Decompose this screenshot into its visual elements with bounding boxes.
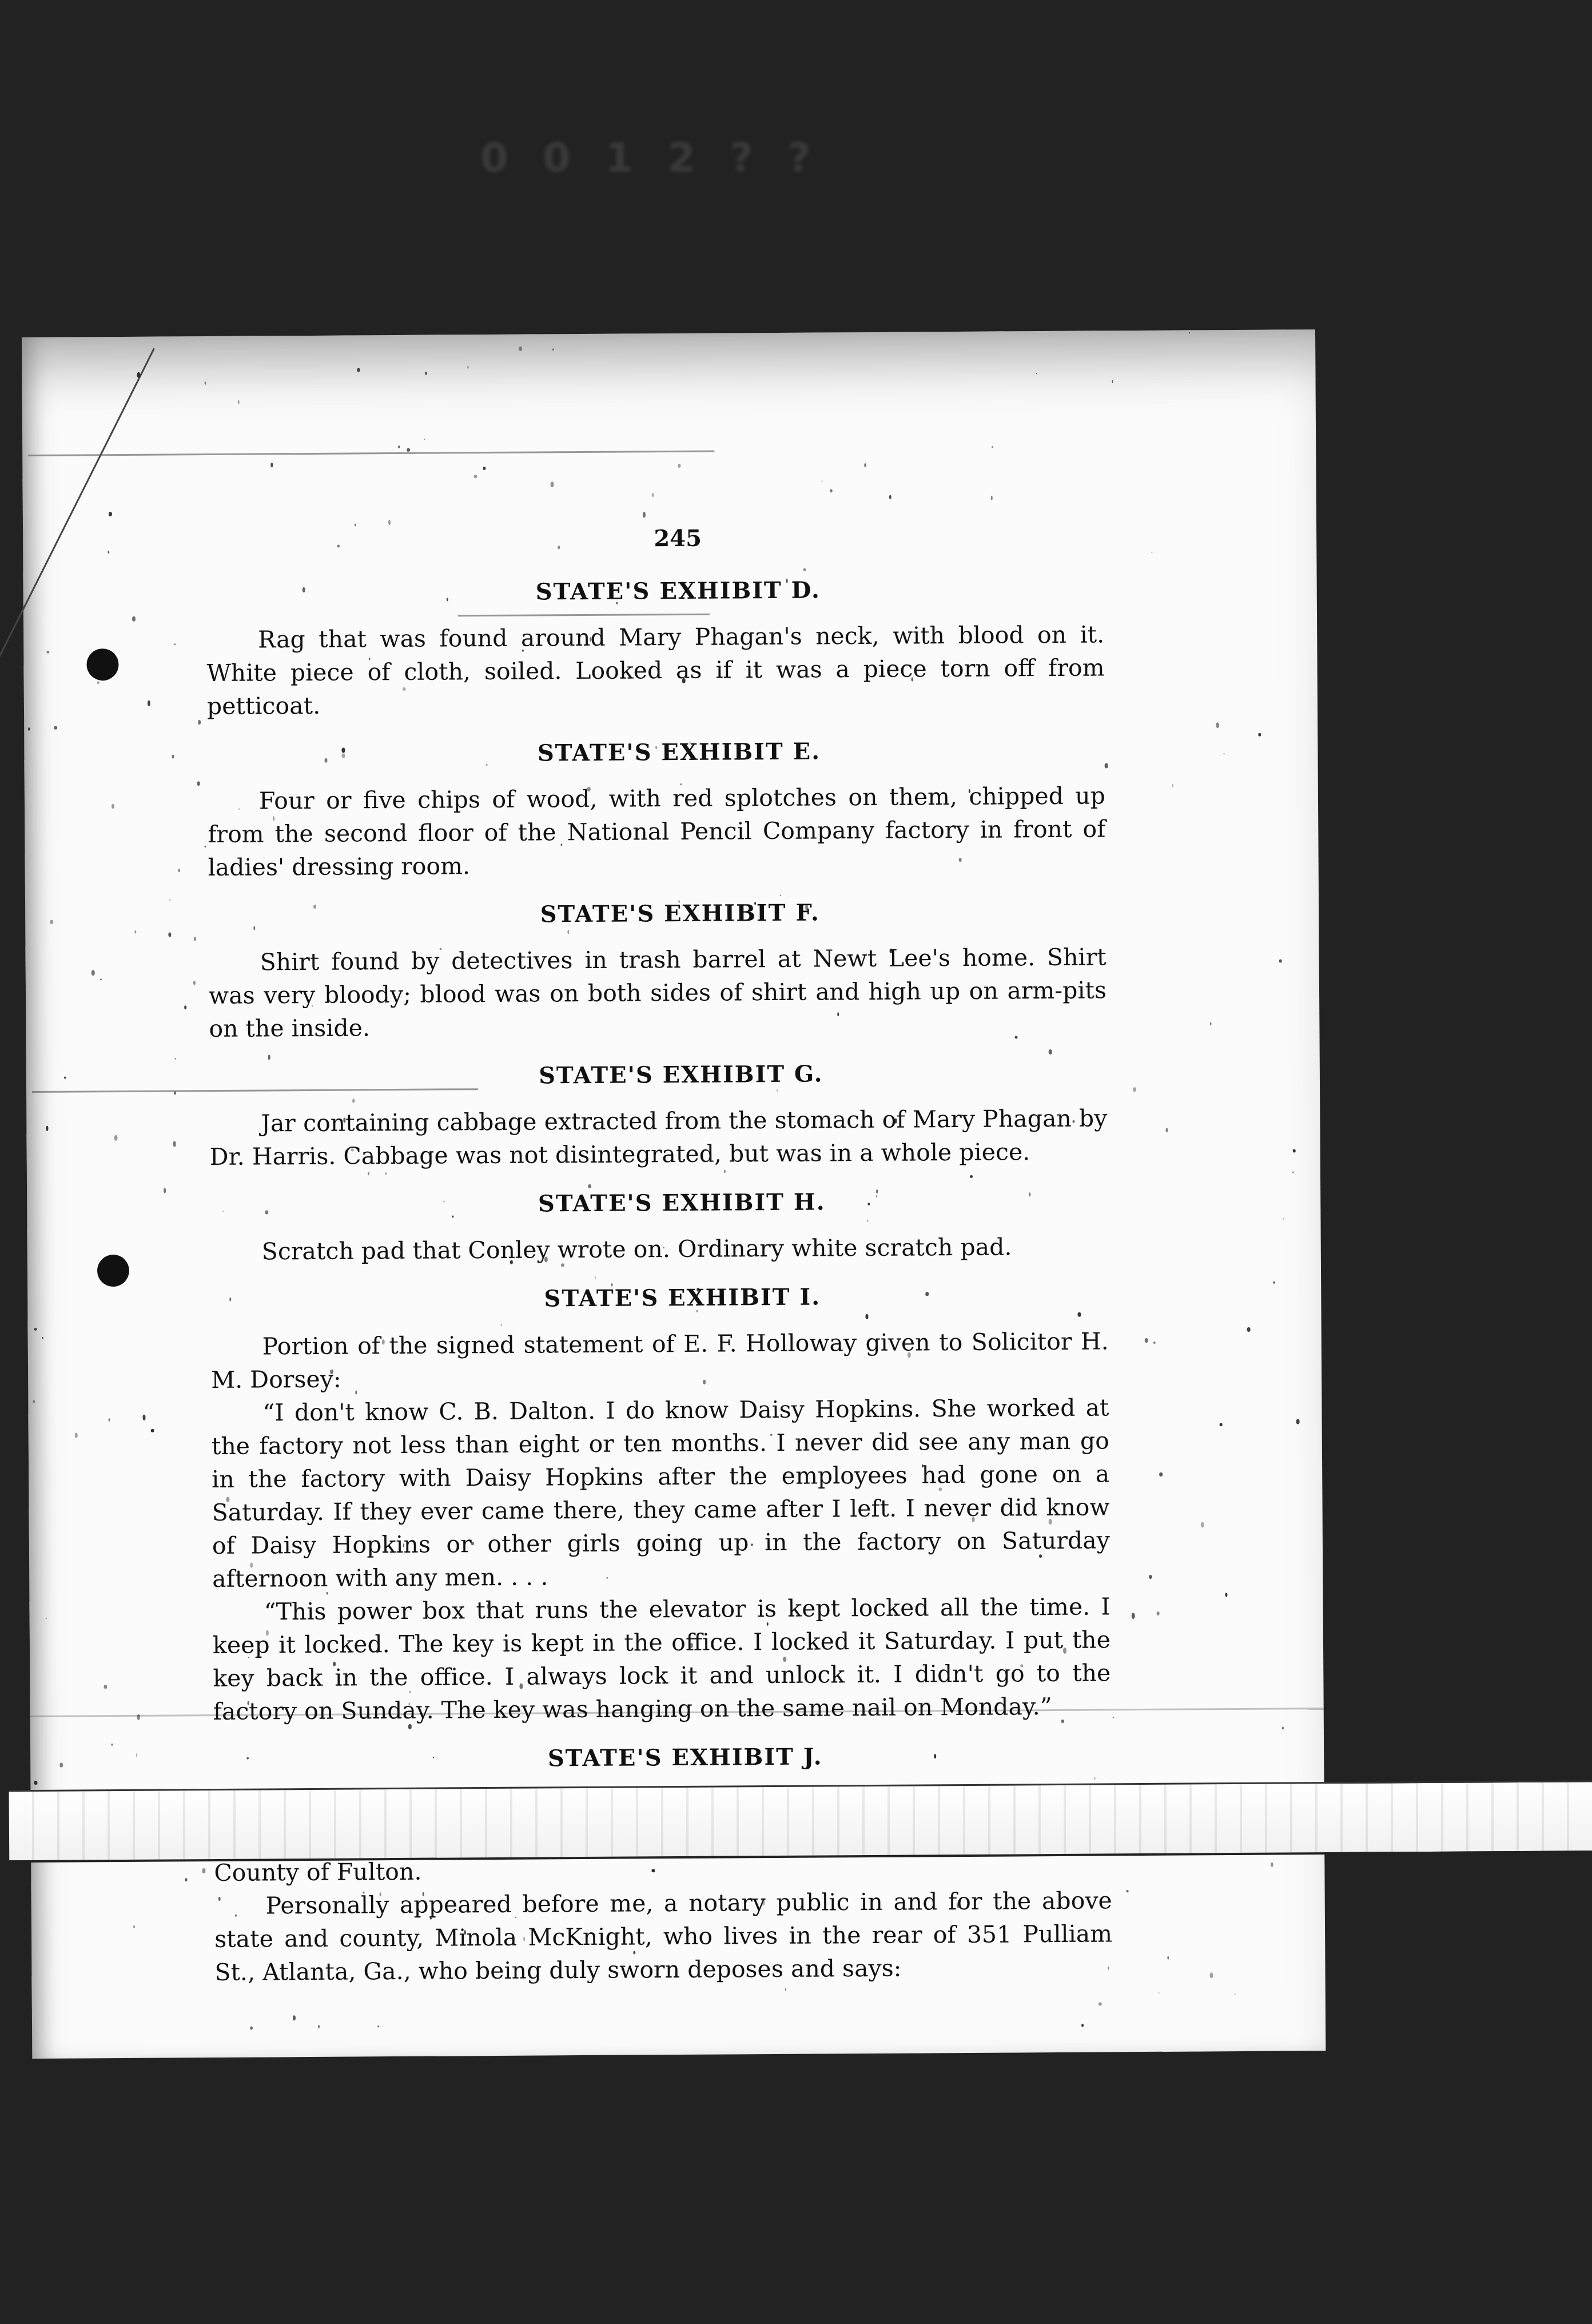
scan-speck [75, 1432, 78, 1438]
scan-speck [409, 1702, 410, 1706]
scan-speck [1063, 1648, 1066, 1654]
scan-speck [273, 816, 274, 821]
scan-speck [440, 948, 442, 950]
scan-speck [1172, 784, 1173, 787]
scan-speck [519, 347, 522, 351]
statement-paragraph: “This power box that runs the elevator i… [212, 1590, 1111, 1728]
scan-speck [680, 783, 682, 785]
scan-speck [1272, 1796, 1275, 1798]
scan-speck [250, 2027, 253, 2030]
scan-speck [1235, 1993, 1236, 1995]
scan-speck [355, 1390, 357, 1394]
scan-speck [193, 981, 196, 985]
scan-speck [724, 1170, 726, 1173]
scan-speck [1216, 722, 1219, 728]
exhibit-j: STATE'S EXHIBIT J. Affidavit executed by… [213, 1738, 1113, 1989]
scan-speck [238, 400, 240, 404]
scan-speck [137, 372, 140, 378]
scan-speck [703, 1380, 706, 1384]
scan-speck [54, 726, 57, 730]
scan-speck [33, 1400, 35, 1403]
scan-speck [112, 804, 114, 809]
scan-speck [1133, 1087, 1136, 1092]
scan-speck [424, 439, 425, 440]
scan-speck [1271, 1863, 1273, 1867]
scan-speck [1077, 1312, 1081, 1317]
scan-speck [471, 1542, 474, 1545]
scan-speck [357, 368, 360, 372]
exhibit-i: STATE'S EXHIBIT I. Portion of the signed… [210, 1279, 1111, 1728]
scan-speck [143, 1415, 146, 1420]
scan-speck [588, 1184, 591, 1188]
scan-speck [168, 932, 171, 937]
scan-speck [265, 1210, 268, 1214]
scan-speck [433, 1757, 434, 1758]
scan-speck [351, 1148, 354, 1151]
scan-speck [934, 1754, 936, 1758]
scan-speck [173, 1141, 176, 1147]
scan-speck [890, 949, 893, 953]
scan-speck [1061, 1720, 1064, 1723]
scan-speck [1105, 763, 1108, 768]
scan-speck [867, 1220, 868, 1222]
scan-speck [678, 464, 680, 468]
scan-speck [111, 1744, 113, 1746]
scan-speck [341, 748, 345, 753]
scan-speck [376, 1650, 379, 1653]
scan-speck [663, 1247, 664, 1248]
scan-speck [1081, 2024, 1084, 2027]
scan-speck [606, 1577, 608, 1579]
scan-speck [59, 1763, 63, 1768]
scan-speck [352, 1099, 355, 1103]
scan-speck [544, 1256, 548, 1262]
scan-speck [1296, 1419, 1300, 1424]
scan-speck [355, 523, 356, 526]
exhibit-f: STATE'S EXHIBIT F. Shirt found by detect… [208, 894, 1107, 1045]
scan-speck [174, 643, 176, 645]
scan-speck [1036, 373, 1037, 374]
scan-speck [248, 1701, 249, 1705]
scan-speck [447, 598, 448, 601]
scan-speck [873, 1831, 874, 1834]
scan-speck [783, 1657, 786, 1662]
scan-speck [184, 1005, 186, 1009]
scan-speck [501, 1324, 502, 1326]
scan-speck [916, 1820, 917, 1824]
exhibit-d: STATE'S EXHIBIT D. Rag that was found ar… [206, 572, 1105, 723]
scan-speck [894, 1119, 897, 1124]
scan-speck [762, 1900, 765, 1905]
exhibit-title: STATE'S EXHIBIT H. [210, 1184, 1108, 1223]
scan-speck [204, 846, 206, 847]
scan-speck [754, 902, 756, 905]
scan-speck [303, 587, 305, 592]
scan-speck [1293, 1149, 1296, 1152]
scan-speck [204, 381, 206, 385]
page-content: 245 STATE'S EXHIBIT D. Rag that was foun… [206, 519, 1113, 1989]
scan-speck [385, 1172, 387, 1175]
scan-speck [690, 1643, 693, 1648]
scan-speck [333, 1662, 336, 1666]
scan-speck [136, 1753, 137, 1757]
scan-speck [250, 1563, 253, 1568]
exhibit-description: Scratch pad that Conley wrote on. Ordina… [210, 1229, 1108, 1268]
affidavit-venue-county: County of Fulton. [214, 1851, 1112, 1889]
scan-speck [46, 1618, 47, 1619]
scan-speck [34, 1781, 37, 1785]
scan-speck [198, 720, 201, 725]
scan-speck [197, 781, 200, 786]
scan-speck [682, 678, 686, 683]
scan-speck [864, 463, 866, 467]
scan-speck [50, 920, 53, 924]
exhibit-description: Affidavit executed by Minola McKnight fo… [214, 1784, 1112, 1823]
scan-speck [238, 809, 240, 810]
scan-speck [387, 1940, 388, 1941]
exhibit-title: STATE'S EXHIBIT D. [206, 572, 1104, 611]
scan-speck [777, 1089, 778, 1092]
scan-speck [1151, 552, 1152, 553]
scan-speck [767, 1622, 769, 1626]
scan-speck [1292, 1171, 1294, 1173]
scan-speck [696, 1310, 698, 1312]
scan-speck [1258, 733, 1261, 737]
exhibit-title: STATE'S EXHIBIT I. [210, 1279, 1108, 1318]
scan-speck [590, 637, 591, 642]
scan-speck [922, 1464, 923, 1467]
scan-speck [1099, 2003, 1102, 2006]
scan-speck [407, 448, 410, 452]
punch-hole [86, 648, 118, 681]
scan-speck [151, 1429, 154, 1432]
scan-speck [382, 1339, 385, 1344]
scan-speck [423, 1892, 424, 1896]
scan-speck [556, 1502, 558, 1503]
punch-hole [97, 1255, 129, 1287]
scan-speck [867, 1203, 870, 1205]
scan-speck [818, 1155, 821, 1161]
scan-speck [1049, 1519, 1052, 1525]
scan-speck [377, 2025, 379, 2027]
scan-speck [194, 937, 196, 941]
scan-speck [927, 1645, 930, 1649]
scan-speck [1014, 1036, 1017, 1038]
scan-speck [175, 1058, 176, 1059]
scan-speck [178, 869, 180, 872]
scan-speck [467, 365, 468, 369]
scan-speck [633, 1951, 635, 1954]
scan-speck [991, 496, 993, 500]
scan-speck [487, 1603, 491, 1609]
scan-speck [318, 2025, 320, 2028]
scan-speck [751, 1543, 753, 1546]
scan-speck [1279, 960, 1282, 963]
scan-speck [1132, 1613, 1135, 1619]
scan-speck [293, 2015, 296, 2020]
scan-speck [515, 1917, 516, 1918]
exhibit-description: Jar containing cabbage extracted from th… [209, 1101, 1108, 1173]
scan-speck [46, 1126, 48, 1131]
scan-speck [132, 616, 136, 622]
scan-speck [912, 677, 913, 681]
scan-speck [510, 1260, 513, 1264]
scan-speck [312, 1005, 313, 1007]
scan-speck [519, 1684, 523, 1689]
scan-speck [567, 930, 569, 934]
scan-speck [1167, 1956, 1169, 1960]
scan-speck [137, 1714, 140, 1720]
exhibit-g: STATE'S EXHIBIT G. Jar containing cabbag… [209, 1056, 1108, 1173]
scan-speck [1201, 1522, 1204, 1527]
document-page: 245 STATE'S EXHIBIT D. Rag that was foun… [22, 329, 1326, 2059]
scan-speck [343, 1118, 345, 1123]
scan-speck [786, 579, 788, 583]
scan-speck [1189, 332, 1190, 334]
scan-speck [1145, 1338, 1148, 1343]
scan-speck [42, 1337, 43, 1339]
scan-speck [253, 926, 255, 930]
scan-speck [1210, 1972, 1213, 1978]
scan-speck [770, 1434, 773, 1436]
scan-speck [108, 551, 109, 554]
scan-speck [959, 858, 962, 862]
scan-speck [109, 1418, 110, 1422]
scan-speck [330, 1370, 333, 1374]
scan-speck [430, 1917, 432, 1920]
scan-speck [398, 445, 400, 448]
scan-speck [908, 1352, 911, 1358]
scan-speck [1225, 1593, 1227, 1597]
scan-speck [1029, 1192, 1030, 1196]
scan-speck [368, 1172, 369, 1175]
scan-speck [595, 1276, 596, 1279]
scan-speck [957, 1903, 960, 1908]
scan-speck [822, 480, 823, 481]
scan-speck [443, 1201, 444, 1203]
affidavit-body: Personally appeared before me, a notary … [214, 1884, 1113, 1989]
page-number: 245 [206, 519, 1104, 558]
scan-speck [1273, 1282, 1275, 1284]
scan-speck [369, 658, 370, 660]
scan-speck [1041, 1929, 1042, 1931]
scan-speck [1149, 1575, 1152, 1579]
scan-speck [522, 650, 524, 652]
scan-speck [666, 1539, 670, 1543]
exhibit-description: Rag that was found around Mary Phagan's … [206, 618, 1105, 723]
exhibit-title: STATE'S EXHIBIT J. [213, 1738, 1111, 1777]
scan-speck [643, 512, 646, 518]
scan-speck [226, 1497, 229, 1502]
scan-speck [780, 895, 781, 896]
scan-speck [1049, 1049, 1052, 1054]
scan-speck [1159, 1473, 1163, 1477]
scan-speck [363, 1891, 365, 1893]
exhibit-h: STATE'S EXHIBIT H. Scratch pad that Conl… [210, 1184, 1108, 1268]
scan-speck [1157, 1611, 1160, 1615]
scan-speck [587, 787, 591, 791]
scan-speck [100, 978, 102, 980]
scan-speck [785, 1988, 786, 1991]
scan-speck [865, 1314, 868, 1319]
scan-speck [678, 900, 680, 903]
scan-speck [1159, 1992, 1160, 1993]
scan-speck [337, 545, 340, 548]
scan-speck [264, 857, 265, 858]
scan-speck [523, 1937, 525, 1941]
scan-speck [403, 1543, 404, 1547]
scan-speck [830, 489, 833, 492]
scan-speck [1165, 1128, 1168, 1132]
scan-speck [270, 463, 273, 467]
scan-speck [134, 930, 136, 934]
exhibit-description: Portion of the signed statement of E. F.… [211, 1324, 1109, 1396]
scan-speck [925, 1292, 929, 1296]
scan-speck [185, 1878, 187, 1881]
scan-speck [889, 495, 891, 499]
exhibit-title: STATE'S EXHIBIT E. [207, 733, 1105, 772]
scan-speck [164, 1188, 166, 1193]
scan-speck [1074, 1479, 1076, 1480]
scan-speck [114, 1135, 118, 1141]
scan-speck [483, 467, 485, 470]
scan-speck [1072, 1120, 1074, 1123]
scan-speck [409, 1691, 411, 1693]
exhibit-title: STATE'S EXHIBIT F. [208, 894, 1106, 933]
punch-hole [106, 1824, 138, 1856]
scan-speck [326, 1592, 328, 1595]
scan-speck [202, 1868, 205, 1873]
scan-speck [341, 754, 345, 758]
scan-speck [582, 1484, 583, 1486]
scan-speck [169, 899, 170, 901]
scan-speck [1153, 1342, 1156, 1344]
scan-speck [1127, 1890, 1129, 1892]
scan-speck [1220, 1423, 1223, 1426]
scan-speck [1113, 1717, 1114, 1718]
scan-speck [992, 446, 993, 448]
scan-speck [558, 546, 560, 549]
scan-speck [876, 1195, 877, 1197]
affidavit-venue-state: “State of Georgia, [214, 1817, 1112, 1856]
statement-paragraph: “I don't know C. B. Dalton. I do know Da… [211, 1391, 1110, 1595]
scan-speck [1223, 753, 1224, 754]
scan-speck [652, 493, 654, 497]
scan-speck [266, 1630, 269, 1635]
scan-speck [218, 1897, 221, 1901]
scan-speck [104, 1685, 107, 1689]
scan-speck [388, 520, 391, 525]
scan-speck [380, 1892, 381, 1896]
scan-speck [1039, 1554, 1042, 1558]
scan-artifact-line [28, 451, 714, 456]
scan-speck [466, 1813, 468, 1817]
scan-speck [1020, 1664, 1023, 1667]
scan-speck [689, 742, 691, 744]
scan-speck [473, 475, 477, 478]
scan-speck [248, 1674, 252, 1678]
scan-speck [803, 568, 806, 571]
scan-speck [486, 764, 488, 766]
scan-speck [969, 789, 970, 793]
scan-speck [1283, 1219, 1284, 1220]
scan-speck [1282, 1727, 1284, 1730]
scan-speck [64, 1077, 66, 1079]
scan-speck [160, 1836, 162, 1838]
scan-scratch-line [0, 348, 155, 717]
scan-speck [805, 905, 808, 910]
scan-speck [1210, 1022, 1211, 1025]
scan-speck [552, 348, 554, 351]
scan-speck [551, 481, 554, 487]
scan-speck [651, 1869, 655, 1872]
scan-speck [970, 1175, 973, 1178]
scan-speck [1094, 1777, 1095, 1780]
scan-header-stamp: 0 0 1 2 ? ? [480, 134, 821, 181]
scan-speck [58, 1857, 59, 1861]
scan-speck [616, 602, 618, 604]
scan-speck [904, 635, 905, 637]
scan-speck [97, 681, 100, 684]
scan-speck [34, 1328, 37, 1331]
scan-speck [452, 1215, 453, 1217]
scan-speck [1247, 1327, 1251, 1332]
scan-speck [938, 1487, 942, 1491]
scan-speck [172, 754, 174, 758]
scan-speck [576, 1845, 578, 1847]
scan-speck [268, 1054, 270, 1060]
scan-speck [109, 512, 112, 516]
scan-speck [148, 701, 150, 706]
scan-speck [425, 372, 427, 375]
scan-speck [28, 727, 30, 731]
scan-speck [408, 1724, 412, 1729]
scan-speck [246, 1757, 249, 1760]
scan-speck [403, 687, 406, 691]
scan-speck [464, 1930, 466, 1935]
scan-speck [876, 1189, 878, 1193]
scan-speck [248, 1657, 249, 1658]
scan-speck [837, 1012, 839, 1016]
exhibit-description: Four or five chips of wood, with red spl… [208, 779, 1106, 884]
scan-speck [313, 905, 316, 909]
scan-speck [655, 746, 656, 749]
scan-speck [611, 1283, 612, 1287]
scan-speck [229, 1298, 231, 1302]
scan-speck [972, 1517, 975, 1522]
exhibit-title: STATE'S EXHIBIT G. [209, 1056, 1107, 1095]
scan-speck [561, 1263, 564, 1267]
scan-speck [325, 758, 328, 763]
exhibit-description: Shirt found by detectives in trash barre… [209, 940, 1107, 1045]
scan-speck [174, 1091, 176, 1095]
scan-speck [235, 1915, 237, 1917]
scan-speck [1112, 380, 1113, 383]
scan-speck [91, 970, 95, 976]
scan-speck [46, 651, 49, 654]
scan-speck [222, 1211, 224, 1212]
scan-speck [1108, 1967, 1109, 1969]
scan-speck [560, 843, 562, 846]
scan-speck [697, 1288, 699, 1292]
scan-speck [133, 1925, 135, 1928]
